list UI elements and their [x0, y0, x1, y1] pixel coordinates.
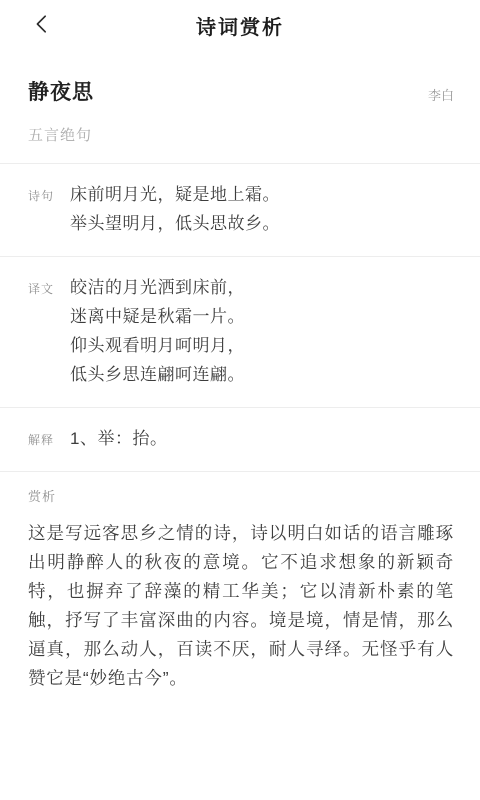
translation-body: 皎洁的月光洒到床前， 迷离中疑是秋霜一片。 仰头观看明月呵明月， 低头乡思连翩呵…	[70, 273, 454, 389]
header-bar: 诗词赏析	[0, 0, 480, 50]
notes-body: 1、举：抬。	[70, 424, 454, 453]
verse-line: 床前明月光，疑是地上霜。	[70, 180, 454, 209]
translation-line: 低头乡思连翩呵连翩。	[70, 360, 454, 389]
verse-line: 举头望明月，低头思故乡。	[70, 209, 454, 238]
appreciation-label: 赏析	[28, 486, 454, 505]
poem-author: 李白	[428, 85, 454, 106]
translation-line: 皎洁的月光洒到床前，	[70, 273, 454, 302]
page-title: 诗词赏析	[196, 11, 284, 40]
translation-label: 译文	[28, 273, 70, 297]
poem-title: 静夜思	[28, 76, 94, 106]
notes-label: 解释	[28, 424, 70, 448]
translation-section: 译文 皎洁的月光洒到床前， 迷离中疑是秋霜一片。 仰头观看明月呵明月， 低头乡思…	[0, 257, 480, 407]
notes-section: 解释 1、举：抬。	[0, 408, 480, 471]
chevron-left-icon	[31, 13, 53, 35]
translation-line: 迷离中疑是秋霜一片。	[70, 302, 454, 331]
verse-label: 诗句	[28, 180, 70, 204]
poem-header: 静夜思 李白 五言绝句	[0, 50, 480, 163]
poetry-appreciation-screen: 诗词赏析 静夜思 李白 五言绝句 诗句 床前明月光，疑是地上霜。 举头望明月，低…	[0, 0, 480, 800]
appreciation-body: 这是写远客思乡之情的诗，诗以明白如话的语言雕琢出明静醉人的秋夜的意境。它不追求想…	[28, 519, 454, 693]
back-button[interactable]	[22, 4, 62, 44]
appreciation-section: 赏析 这是写远客思乡之情的诗，诗以明白如话的语言雕琢出明静醉人的秋夜的意境。它不…	[0, 472, 480, 693]
verse-section: 诗句 床前明月光，疑是地上霜。 举头望明月，低头思故乡。	[0, 164, 480, 256]
translation-line: 仰头观看明月呵明月，	[70, 331, 454, 360]
poem-form: 五言绝句	[28, 124, 454, 163]
verse-body: 床前明月光，疑是地上霜。 举头望明月，低头思故乡。	[70, 180, 454, 238]
